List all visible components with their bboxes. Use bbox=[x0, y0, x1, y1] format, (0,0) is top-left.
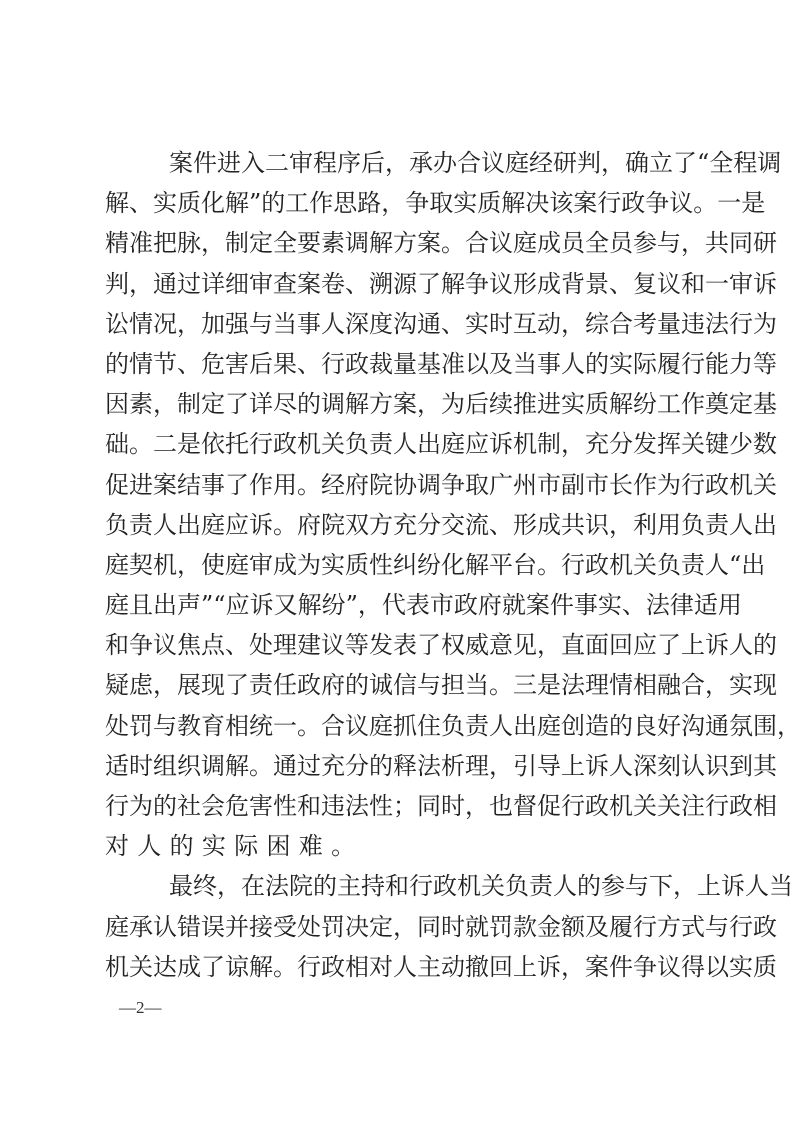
text-line: 的情节、危害后果、行政裁量基准以及当事人的实际履行能力等 bbox=[105, 344, 687, 384]
text-line: 庭契机，使庭审成为实质性纠纷化解平台。行政机关负责人“出 bbox=[105, 545, 687, 585]
text-line: 案件进入二审程序后，承办合议庭经研判，确立了“全程调 bbox=[105, 143, 687, 183]
text-line: 础。二是依托行政机关负责人出庭应诉机制，充分发挥关键少数 bbox=[105, 424, 687, 464]
text-line: 对人的实际困难。 bbox=[105, 826, 687, 866]
text-line: 和争议焦点、处理建议等发表了权威意见，直面回应了上诉人的 bbox=[105, 625, 687, 665]
text-line: 机关达成了谅解。行政相对人主动撤回上诉，案件争议得以实质 bbox=[105, 947, 687, 987]
text-line: 最终，在法院的主持和行政机关负责人的参与下，上诉人当 bbox=[105, 866, 687, 906]
text-line: 讼情况，加强与当事人深度沟通、实时互动，综合考量违法行为 bbox=[105, 304, 687, 344]
text-line: 促进案结事了作用。经府院协调争取广州市副市长作为行政机关 bbox=[105, 465, 687, 505]
text-line: 精准把脉，制定全要素调解方案。合议庭成员全员参与，共同研 bbox=[105, 223, 687, 263]
text-line: 适时组织调解。通过充分的释法析理，引导上诉人深刻认识到其 bbox=[105, 746, 687, 786]
text-line: 疑虑，展现了责任政府的诚信与担当。三是法理情相融合，实现 bbox=[105, 665, 687, 705]
document-page: 案件进入二审程序后，承办合议庭经研判，确立了“全程调 解、实质化解”的工作思路，… bbox=[0, 0, 793, 1122]
text-line: 因素，制定了详尽的调解方案，为后续推进实质解纷工作奠定基 bbox=[105, 384, 687, 424]
text-line: 处罚与教育相统一。合议庭抓住负责人出庭创造的良好沟通氛围， bbox=[105, 706, 687, 746]
body-text: 案件进入二审程序后，承办合议庭经研判，确立了“全程调 解、实质化解”的工作思路，… bbox=[105, 143, 687, 987]
text-line: 行为的社会危害性和违法性；同时，也督促行政机关关注行政相 bbox=[105, 786, 687, 826]
page-number: —2— bbox=[119, 994, 162, 1022]
text-line: 庭承认错误并接受处罚决定，同时就罚款金额及履行方式与行政 bbox=[105, 907, 687, 947]
text-line: 负责人出庭应诉。府院双方充分交流、形成共识，利用负责人出 bbox=[105, 505, 687, 545]
text-line: 判，通过详细审查案卷、溯源了解争议形成背景、复议和一审诉 bbox=[105, 264, 687, 304]
text-line: 解、实质化解”的工作思路，争取实质解决该案行政争议。一是 bbox=[105, 183, 687, 223]
text-line: 庭且出声”“应诉又解纷”，代表市政府就案件事实、法律适用 bbox=[105, 585, 687, 625]
